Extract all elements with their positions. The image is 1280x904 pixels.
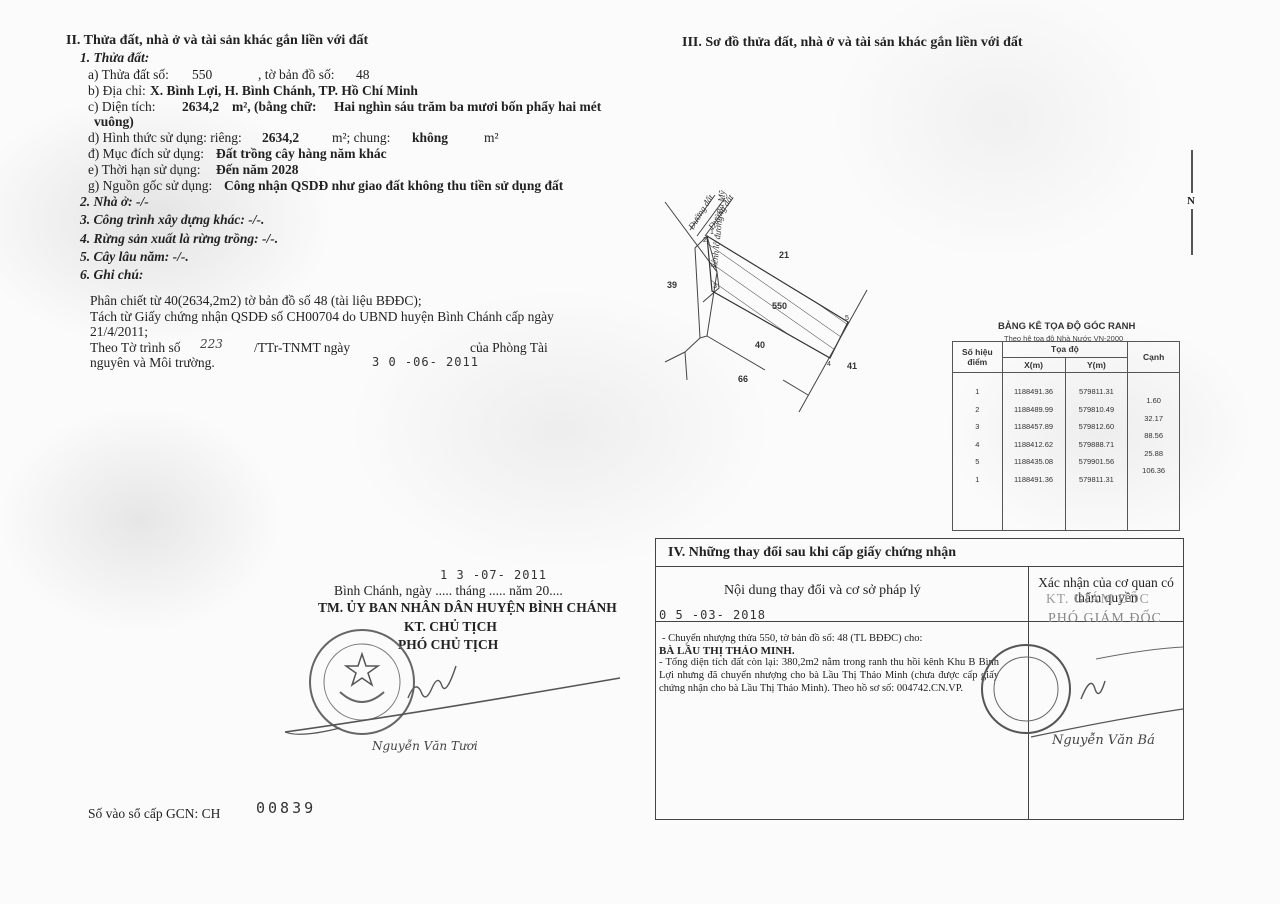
col-x: 1188491.36 1188489.99 1188457.89 1188412… [1002, 373, 1065, 531]
parcel-sketch: kênh lô đường Ba Mỹ Đường đất Đường đất … [655, 190, 885, 420]
forest-item: 4. Rừng sản xuất là rừng trồng: -/-. [80, 231, 278, 247]
parcel-39-label: 39 [667, 280, 677, 290]
issuing-org: TM. ỦY BAN NHÂN DÂN HUYỆN BÌNH CHÁNH [318, 600, 617, 616]
change-date-stamp: 0 5 -03- 2018 [659, 607, 766, 623]
section-4-changes: IV. Những thay đổi sau khi cấp giấy chứn… [655, 538, 1184, 820]
section-4-header: IV. Những thay đổi sau khi cấp giấy chứn… [656, 539, 1183, 567]
parcel-21-label: 21 [779, 250, 789, 260]
usage-unit2: m² [484, 130, 499, 146]
parcel-40-label: 40 [755, 340, 765, 350]
registry-signer-name: Nguyễn Văn Bá [1052, 733, 1155, 749]
usage-common: không [412, 130, 448, 146]
parcel-550-label: 550 [772, 301, 787, 311]
area-label: c) Diện tích: [88, 99, 155, 115]
th-y: Y(m) [1065, 357, 1128, 373]
purpose-value: Đất trồng cây hàng năm khác [216, 146, 387, 162]
origin-value: Công nhận QSDĐ như giao đất không thu ti… [224, 178, 563, 194]
perennial-item: 5. Cây lâu năm: -/-. [80, 249, 189, 265]
notes-heading: 6. Ghi chú: [80, 267, 143, 283]
purpose-label: đ) Mục đích sử dụng: [88, 146, 204, 162]
th-point: Số hiệu điểm [953, 342, 1003, 373]
parcel-heading: 1. Thửa đất: [80, 50, 149, 66]
area-unit: m², (bằng chữ: [232, 99, 317, 115]
section-4-title: IV. Những thay đổi sau khi cấp giấy chứn… [668, 545, 956, 561]
term-label: e) Thời hạn sử dụng: [88, 162, 200, 178]
note-line-2: Tách từ Giấy chứng nhận QSDĐ số CH00704 … [90, 309, 554, 325]
area-words: Hai nghìn sáu trăm ba mươi bốn phẩy hai … [334, 99, 601, 115]
term-value: Đến năm 2028 [216, 162, 299, 178]
vertex-5: 5 [845, 315, 849, 322]
section-2-title: II. Thửa đất, nhà ở và tài sản khác gắn … [66, 33, 368, 49]
col-content-header: Nội dung thay đổi và cơ sở pháp lý [724, 583, 921, 599]
th-coord: Tọa độ [1002, 342, 1128, 358]
vertex-1: 1 [710, 229, 714, 236]
vertex-2: 2 [703, 237, 707, 244]
col-points: 1 2 3 4 5 1 [953, 373, 1003, 531]
usage-private: 2634,2 [262, 130, 299, 146]
vertex-3: 3 [713, 283, 717, 290]
other-construction-item: 3. Công trình xây dựng khác: -/-. [80, 212, 264, 228]
vertex-4: 4 [827, 361, 831, 368]
parcel-41-label: 41 [847, 361, 857, 371]
parcel-66-label: 66 [738, 374, 748, 384]
col-edges: 1.60 32.17 88.56 25.88 106.36 [1128, 373, 1180, 531]
registry-label: Số vào sổ cấp GCN: CH [88, 806, 220, 822]
th-edge: Cạnh [1128, 342, 1180, 373]
north-label: N [1187, 193, 1195, 209]
parcel-no: 550 [192, 67, 212, 83]
signer-name: Nguyễn Văn Tươi [372, 738, 478, 754]
place-date: Bình Chánh, ngày ..... tháng ..... năm 2… [334, 583, 563, 599]
house-item: 2. Nhà ở: -/- [80, 194, 149, 210]
section-3-title: III. Sơ đồ thửa đất, nhà ở và tài sản kh… [682, 35, 1023, 51]
area-words-cont: vuông) [94, 114, 134, 130]
note-line-3: 21/4/2011; [90, 324, 148, 340]
usage-unit1: m²; chung: [332, 130, 390, 146]
note-date-stamp: 3 0 -06- 2011 [372, 354, 479, 370]
origin-label: g) Nguồn gốc sử dụng: [88, 178, 212, 194]
col-y: 579811.31 579810.49 579812.60 579888.71 … [1065, 373, 1128, 531]
note-line-5: nguyên và Môi trường. [90, 355, 215, 371]
address-label: b) Địa chỉ: [88, 83, 146, 99]
address-value: X. Bình Lợi, H. Bình Chánh, TP. Hồ Chí M… [150, 83, 418, 99]
change-entry-3: - Tổng diện tích đất còn lại: 380,2m2 nằ… [659, 656, 999, 695]
registry-number: 00839 [256, 800, 316, 816]
note-handwritten-no: 223 [200, 336, 223, 352]
map-no-label: , tờ bản đồ số: [258, 67, 335, 83]
area-value: 2634,2 [182, 99, 219, 115]
usage-form-label: d) Hình thức sử dụng: riêng: [88, 130, 242, 146]
map-no: 48 [356, 67, 370, 83]
note-line-4a: Theo Tờ trình số [90, 340, 181, 356]
confirmation-overprint-2: PHÓ GIÁM ĐỐC [1048, 611, 1162, 627]
parcel-no-label: a) Thửa đất số: [88, 67, 169, 83]
note-line-4c: của Phòng Tài [470, 340, 548, 356]
signing-date-stamp: 1 3 -07- 2011 [440, 567, 547, 583]
confirmation-overprint-1: KT. GIÁM ĐỐC [1046, 591, 1150, 607]
coord-table: Số hiệu điểm Tọa độ Cạnh X(m) Y(m) 1 2 3… [952, 341, 1180, 531]
note-line-1: Phân chiết từ 40(2634,2m2) tờ bản đồ số … [90, 293, 422, 309]
note-line-4b: /TTr-TNMT ngày [254, 340, 350, 356]
th-x: X(m) [1002, 357, 1065, 373]
